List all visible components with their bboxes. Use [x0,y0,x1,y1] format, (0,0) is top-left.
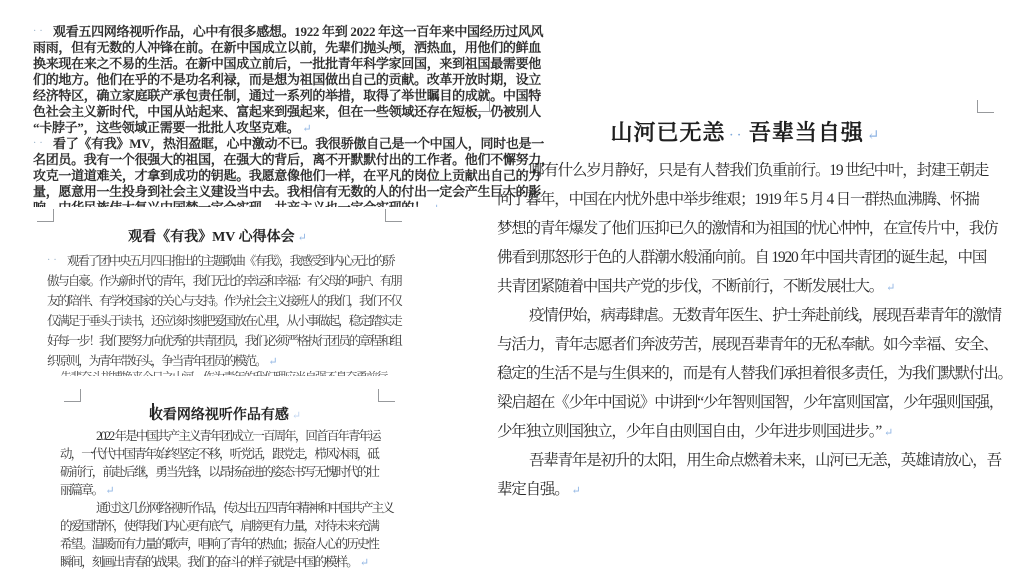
text-line: 哪有什么岁月静好，只是有人替我们负重前行。19 世纪中叶，封建王朝走 [497,156,1001,185]
text-line: 通过这几份网络视听作品，传达出五四青年精神和中国共产主义 [60,499,394,517]
space-mark-icon: ·· [33,24,53,40]
text-line: 经济特区，确立家庭联产承包责任制，通过一系列的举措，取得了举世瞩目的成就。中国特 [33,88,483,104]
text-line: 攻克一道道难关，才拿到成功的钥匙。我愿意像他们一样，在平凡的岗位上贡献出自己的力 [33,168,483,184]
paragraph-mark-icon: ↵ [268,356,275,368]
text-line: 仅满足于垂头于读书，还应该时刻把爱国放在心里，从小事做起，稳定踏实走 [47,311,399,331]
text-line: 名团员。我有一个很强大的祖国，在强大的背后，离不开默默付出的工作者。他们不懈努力… [33,152,483,168]
text-line: 佛看到那怒形于色的人群潮水般涌向前。自 1920 年中国共青团的诞生起，中国 [497,243,1001,272]
text-line: ··观看五四网络视听作品，心中有很多感想。1922 年到 2022 年这一百年来… [33,24,483,40]
page-corner-mark [64,389,81,402]
text-line: 动，一代代中国青年始终坚定不移，听党话，跟党走，栉风沐雨，砥 [60,445,394,463]
text-line: 砺前行，前赴后继，勇当先锋，以昂扬奋进的姿态书写无愧时代的壮 [60,463,394,481]
clipped-text-line: 响，中华民族伟大复兴中国梦一定会实现，共产主义也一定会实现的！↵ [33,200,483,207]
paragraph-mark-icon: ↵ [105,485,112,497]
text-line: 2022 年是中国共产主义青年团成立一百周年，回首百年青年运 [60,427,394,445]
page-corner-mark [977,100,994,113]
document-title: 山河已无恙··吾辈当自强↵ [497,116,994,147]
text-line: 瞬间，刻画出青春的战果。我们的奋斗的样子就是中国的模样。↵ [60,553,394,571]
page-corner-mark [473,99,490,112]
text-line: 雨雨，但有无数的人冲锋在前。在新中国成立以前，先辈们抛头颅，洒热血，用他们的鲜血 [33,40,483,56]
paragraph-mark-icon: ↵ [884,427,892,439]
page-corner-mark [37,209,54,222]
text-line: 梦想的青年爆发了他们压抑已久的激情和为祖国的忧心忡忡，在宣传片中，我仿 [497,214,1001,243]
text-line: 辈定自强。↵ [497,475,1001,504]
paragraph-mark-icon: ↵ [430,203,439,207]
text-line: 好每一步！我们要努力向优秀的共青团员，我们必须严格执行团员的章程和组 [47,331,399,351]
text-line: 量，愿意用一生投身到社会主义建设当中去。我相信有无数的人的付出一定会产生巨大的影 [33,184,483,200]
paragraph-mark-icon: ↵ [886,282,894,294]
text-line: 色社会主义新时代，中国从站起来、富起来到强起来，但在一些领域还存在短板，仍被别人 [33,104,483,120]
document-title: 收看网络视听作品有感↵ [60,404,390,424]
paragraph-mark-icon: ↵ [572,485,580,497]
text-line: 疫情伊始，病毒肆虐。无数青年医生、护士奔赴前线，展现吾辈青年的激情 [497,301,1001,330]
document-page-2: ··观看了团中央五月四日推出的主题歌曲《有我》，我感受到内心无比的骄 傲与自豪。… [47,251,399,371]
text-line: 的爱国情怀，使得我们内心更有底气，肩膀更有力量，对待未来充满 [60,517,394,535]
text-line: 友的陪伴、有学校国家的关心与支持。作为社会主义接班人的我们，我们不仅 [47,291,399,311]
text-line: 换来现在来之不易的生活。在新中国成立前后，一批批青年科学家回国，来到祖国最需要他 [33,56,483,72]
paragraph-mark-icon: ↵ [867,128,881,144]
text-line: 吾辈青年是初升的太阳，用生命点燃着未来，山河已无恙，英雄请放心，吾 [497,446,1001,475]
text-line: 稳定的生活不是与生俱来的，而是有人替我们承担着很多责任，为我们默默付出。 [497,359,1001,388]
text-line: 傲与自豪。作为新时代的青年，我们无比的幸运和幸福：有父母的呵护、有朋 [47,271,399,291]
document-page-3: 2022 年是中国共产主义青年团成立一百周年，回首百年青年运 动，一代代中国青年… [60,427,394,571]
space-mark-icon: ·· [47,251,67,271]
text-line: 希望。温暖而有力量的歌声，唱响了青年的热血；振奋人心的历史性 [60,535,394,553]
document-page-main: 哪有什么岁月静好，只是有人替我们负重前行。19 世纪中叶，封建王朝走 向了暮年，… [497,156,1001,504]
clipped-text-line: 先辈奋斗拼搏换来今日之山河，作为青年的我们理应当自强不息奋勇前行 [60,371,392,376]
text-line: 们的地方。他们在乎的不是功名利禄，而是想为祖国做出自己的贡献。改革开放时期，设立 [33,72,483,88]
page-corner-mark [378,389,395,402]
text-line: 梁启超在《少年中国说》中讲到“少年智则国智，少年富则国富，少年强则国强， [497,388,1001,417]
document-collage: ··观看五四网络视听作品，心中有很多感想。1922 年到 2022 年这一百年来… [0,0,1024,575]
document-page-1: ··观看五四网络视听作品，心中有很多感想。1922 年到 2022 年这一百年来… [33,24,483,207]
paragraph-mark-icon: ↵ [298,232,307,244]
text-line: 共青团紧随着中国共产党的步伐，不断前行，不断发展壮大。↵ [497,272,1001,301]
text-line: 织原则，为青年带好头，争当青年团员的模范。↵ [47,351,399,371]
text-line: 向了暮年，中国在内忧外患中举步维艰；1919 年 5 月 4 日一群热血沸腾、怀… [497,185,1001,214]
text-line: 与活力，青年志愿者们奔波劳苦，展现吾辈青年的无私奉献。如今幸福、安全、 [497,330,1001,359]
text-line: “卡脖子”，这些领域正需要一批批人攻坚克难。↵ [33,120,483,136]
text-line: 少年独立则国独立，少年自由则国自由，少年进步则国进步。”↵ [497,417,1001,446]
space-mark-icon: ·· [33,136,53,152]
space-mark-icon: ·· [730,129,745,141]
paragraph-mark-icon: ↵ [360,557,367,569]
page-corner-mark [385,209,402,222]
text-line: ··观看了团中央五月四日推出的主题歌曲《有我》，我感受到内心无比的骄 [47,251,399,271]
paragraph-mark-icon: ↵ [302,123,311,135]
document-title: 观看《有我》MV 心得体会↵ [40,226,395,246]
text-line: ··看了《有我》MV，热泪盈眶，心中激动不已。我很骄傲自己是一个中国人，同时也是… [33,136,483,152]
text-line: 丽篇章。↵ [60,481,394,499]
paragraph-mark-icon: ↵ [292,410,301,422]
